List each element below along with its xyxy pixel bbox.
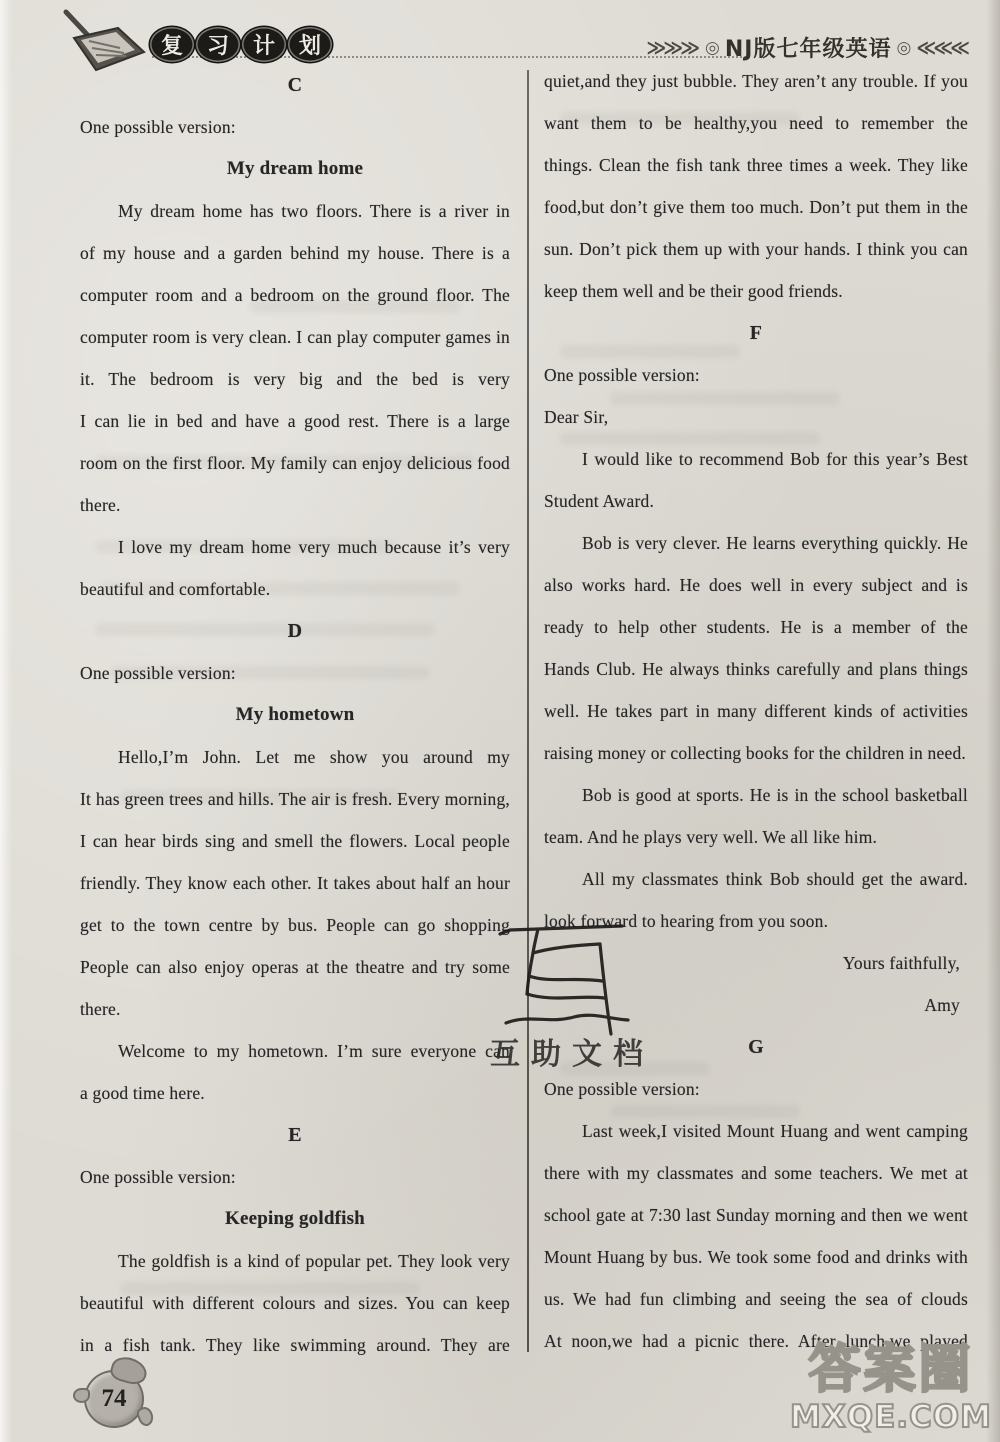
watermark-brand: 答案圈	[790, 1344, 992, 1396]
page-left-edge	[0, 0, 12, 1442]
bullet-circle-icon: ◎	[896, 38, 911, 58]
text-line: raising money or collecting books for th…	[544, 732, 968, 774]
text-line: well. He takes part in many different ki…	[544, 690, 968, 732]
text-line: room on the first floor. My family can e…	[80, 442, 510, 484]
logo-badge: 划	[288, 27, 332, 62]
handdrawn-flag-doodle	[494, 903, 644, 1058]
intro-line: One possible version:	[80, 106, 510, 148]
text-line: of my house and a garden behind my house…	[80, 232, 510, 274]
text-line: My dream home has two floors. There is a…	[80, 190, 510, 232]
text-line: sun. Don’t pick them up with your hands.…	[544, 228, 968, 270]
column-divider	[527, 70, 529, 1352]
bullet-circle-icon: ◎	[705, 38, 720, 58]
text-line: Last week,I visited Mount Huang and went…	[544, 1110, 968, 1152]
edition-title: NJ版七年级英语	[725, 32, 892, 63]
text-line: friendly. They know each other. It takes…	[80, 862, 510, 904]
text-line: want them to be healthy,you need to reme…	[544, 102, 968, 144]
left-column: COne possible version:My dream homeMy dr…	[80, 64, 510, 1366]
text-line: Welcome to my hometown. I’m sure everyon…	[80, 1030, 510, 1072]
text-line: there with my classmates and some teache…	[544, 1152, 968, 1194]
text-line: food,but don’t give them too much. Don’t…	[544, 186, 968, 228]
chevrons-right-icon: ≫≫≫	[646, 37, 700, 59]
text-line: Bob is good at sports. He is in the scho…	[544, 774, 968, 816]
text-line: It has green trees and hills. The air is…	[80, 778, 510, 820]
intro-line: One possible version:	[80, 1156, 510, 1198]
text-line: I would like to recommend Bob for this y…	[544, 438, 968, 480]
text-line: Bob is very clever. He learns everything…	[544, 522, 968, 564]
text-line: Hands Club. He always thinks carefully a…	[544, 648, 968, 690]
text-line: Mount Huang by bus. We took some food an…	[544, 1236, 968, 1278]
page-right-edge	[986, 0, 1000, 1442]
text-line: things. Clean the fish tank three times …	[544, 144, 968, 186]
text-line: I love my dream home very much because i…	[80, 526, 510, 568]
text-line: it. The bedroom is very big and the bed …	[80, 358, 510, 400]
text-line: us. We had fun climbing and seeing the s…	[544, 1278, 968, 1320]
section-heading: E	[80, 1114, 510, 1156]
text-line: People can also enjoy operas at the thea…	[80, 946, 510, 988]
intro-line: Dear Sir,	[544, 396, 968, 438]
logo-badge: 复	[150, 27, 194, 62]
text-line: I can hear birds sing and smell the flow…	[80, 820, 510, 862]
site-watermark: 答案圈 MXQE.COM	[790, 1344, 992, 1433]
text-line: computer room and a bedroom on the groun…	[80, 274, 510, 316]
intro-line: One possible version:	[80, 652, 510, 694]
text-line: I can lie in bed and have a good rest. T…	[80, 400, 510, 442]
chevrons-left-icon: ≪≪≪	[916, 37, 970, 59]
text-line: beautiful with different colours and siz…	[80, 1282, 510, 1324]
logo-badge: 习	[196, 27, 240, 62]
text-line: beautiful and comfortable.	[80, 568, 510, 610]
section-heading: F	[544, 312, 968, 354]
section-heading: C	[80, 64, 510, 106]
text-line: a good time here.	[80, 1072, 510, 1114]
text-line: ready to help other students. He is a me…	[544, 606, 968, 648]
intro-line: One possible version:	[544, 1068, 968, 1110]
text-line: All my classmates think Bob should get t…	[544, 858, 968, 900]
edition-label: ≫≫≫ ◎ NJ版七年级英语 ◎ ≪≪≪	[646, 32, 970, 63]
text-line: school gate at 7:30 last Sunday morning …	[544, 1194, 968, 1236]
text-line: also works hard. He does well in every s…	[544, 564, 968, 606]
mutual-help-doc-watermark: 互助文档	[490, 1040, 654, 1070]
page-number: 74	[86, 1385, 142, 1413]
page-number-badge: 74	[84, 1370, 144, 1428]
scanned-workbook-page: 复 习 计 划 ≫≫≫ ◎ NJ版七年级英语 ◎ ≪≪≪ COne possib…	[0, 0, 1000, 1442]
section-heading: D	[80, 610, 510, 652]
text-line: team. And he plays very well. We all lik…	[544, 816, 968, 858]
series-logo: 复 习 计 划	[150, 27, 332, 62]
essay-title: My hometown	[80, 694, 510, 736]
logo-badge: 计	[242, 27, 286, 62]
text-line: in a fish tank. They like swimming aroun…	[80, 1324, 510, 1366]
text-line: quiet,and they just bubble. They aren’t …	[544, 60, 968, 102]
intro-line: One possible version:	[544, 354, 968, 396]
text-line: keep them well and be their good friends…	[544, 270, 968, 312]
essay-title: Keeping goldfish	[80, 1198, 510, 1240]
right-column: quiet,and they just bubble. They aren’t …	[544, 60, 968, 1362]
watermark-url: MXQE.COM	[790, 1402, 992, 1433]
text-line: Hello,I’m John. Let me show you around m…	[80, 736, 510, 778]
text-line: there.	[80, 988, 510, 1030]
text-line: get to the town centre by bus. People ca…	[80, 904, 510, 946]
text-line: there.	[80, 484, 510, 526]
essay-title: My dream home	[80, 148, 510, 190]
text-line: The goldfish is a kind of popular pet. T…	[80, 1240, 510, 1282]
text-line: Student Award.	[544, 480, 968, 522]
text-line: computer room is very clean. I can play …	[80, 316, 510, 358]
